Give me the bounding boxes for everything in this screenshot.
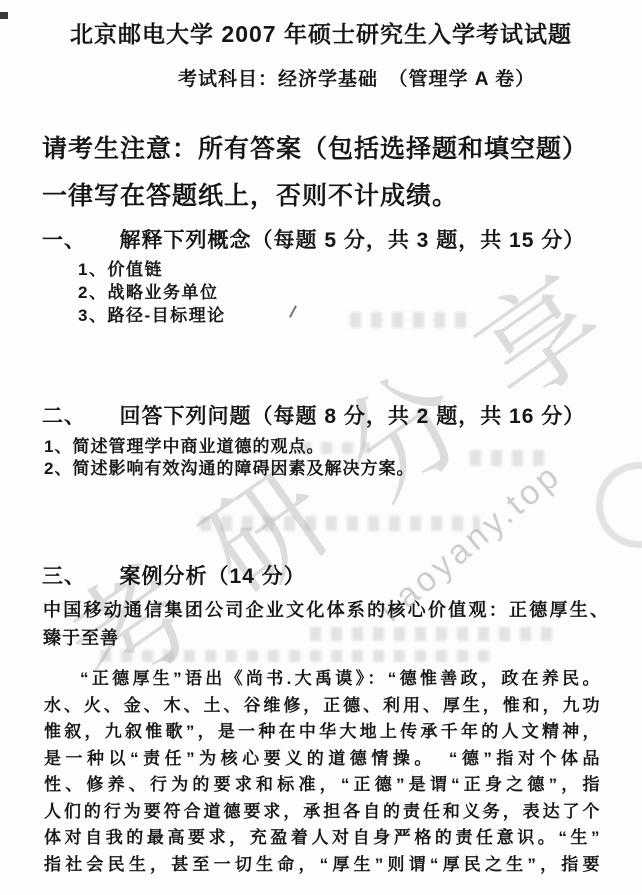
exam-title: 北京邮电大学 2007 年硕士研究生入学考试试题 [0,16,642,49]
case-paragraph: “正德厚生”语出《尚书.大禹谟》：“德惟善政，政在养民。 水、火、金、木、土、谷… [44,666,600,878]
notice-line-2: 一律写在答题纸上，否则不计成绩。 [42,176,458,212]
notice-line-1: 请考生注意：所有答案（包括选择题和填空题） [42,129,588,165]
stray-pen-mark [289,305,297,317]
case-intro: 中国移动通信集团公司企业文化体系的核心价值观：正德厚生、 臻于至善 [43,596,609,652]
section-2-heading: 二、 回答下列问题（每题 8 分，共 2 题，共 16 分） [42,400,585,430]
section-2-item-list: 1、简述管理学中商业道德的观点。 2、简述影响有效沟通的障碍因素及解决方案。 [44,436,414,480]
case-intro-line: 中国移动通信集团公司企业文化体系的核心价值观：正德厚生、 [43,596,609,624]
bleed-through-smudge [470,450,554,466]
section-3-heading: 三、 案例分析（14 分） [42,560,306,590]
case-paragraph-line: 惟叙，九叙惟歌”，是一种在中华大地上传承千年的人文精神， [44,719,600,746]
section-1-item-list: 1、价值链 2、战略业务单位 3、路径-目标理论 [78,258,226,327]
scanned-exam-paper: 考研分享 kaoyany.top 北京邮电大学 2007 年硕士研究生入学考试试… [0,0,642,895]
bleed-through-smudge [200,516,480,531]
case-paragraph-line: 水、火、金、木、土、谷维修，正德、利用、厚生，惟和，九功 [44,693,600,720]
case-paragraph-line: 体对自我的最高要求，充盈着人对自身严格的责任意识。“生” [44,825,600,852]
section-1-item: 3、路径-目标理论 [78,304,226,327]
watermark-arc-stroke [596,462,642,548]
section-2-item: 1、简述管理学中商业道德的观点。 [44,436,414,458]
section-1-item: 1、价值链 [78,258,226,281]
case-paragraph-line: “正德厚生”语出《尚书.大禹谟》：“德惟善政，政在养民。 [44,666,600,693]
case-intro-line: 臻于至善 [43,624,609,652]
section-2-item: 2、简述影响有效沟通的障碍因素及解决方案。 [44,458,414,480]
exam-subject-line: 考试科目：经济学基础 （管理学 A 卷） [178,64,535,91]
case-paragraph-line: 是一种以“责任”为核心要义的道德情操。 “德”指对个体品 [44,746,600,773]
case-paragraph-line: 指社会民生，甚至一切生命，“厚生”则谓“厚民之生”，指要 [44,852,600,879]
section-1-heading: 一、 解释下列概念（每题 5 分，共 3 题，共 15 分） [42,224,585,254]
bleed-through-smudge [350,312,470,328]
section-1-item: 2、战略业务单位 [78,281,226,304]
case-paragraph-line: 性、修养、行为的要求和标准，“正德”是谓“正身之德”，指 [44,772,600,799]
case-paragraph-line: 人们的行为要符合道德要求，承担各自的责任和义务，表达了个 [44,799,600,826]
